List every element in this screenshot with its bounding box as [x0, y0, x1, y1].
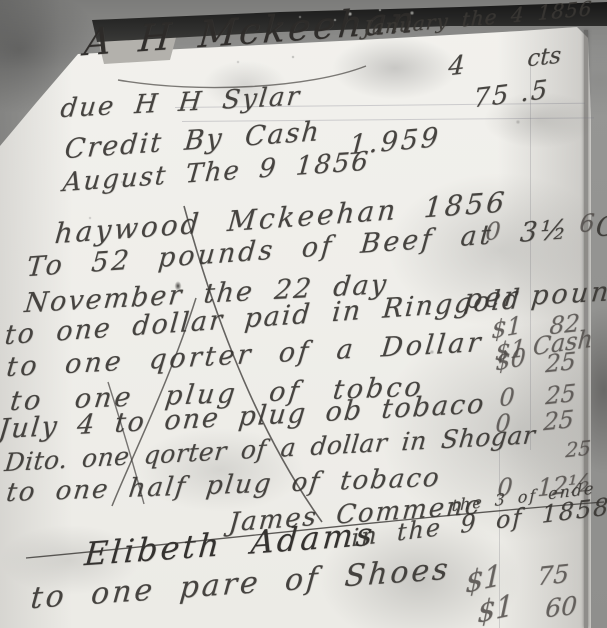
entry-dito-amt: 25 [565, 437, 591, 460]
shoes-amt2-dollars: $1 [477, 590, 514, 628]
shoes-amt2-cents: 60 [545, 593, 578, 622]
ledger-photo: A H Mckeehan January the 4 1856 4 cts 75… [0, 0, 607, 628]
shoes-amt1-cents: 75 [537, 561, 570, 590]
entry-qorter-amt-cents: 25 [545, 349, 577, 376]
entry-july-amt-cents: 25 [543, 407, 575, 434]
entry-qorter-amt-dollars: $0 [495, 345, 526, 375]
money-column-rule [530, 60, 531, 450]
entry-plug-amt-dollars: 0 [499, 384, 515, 410]
qty-figure: 4 [448, 52, 466, 80]
qty-unit: cts [527, 44, 562, 71]
